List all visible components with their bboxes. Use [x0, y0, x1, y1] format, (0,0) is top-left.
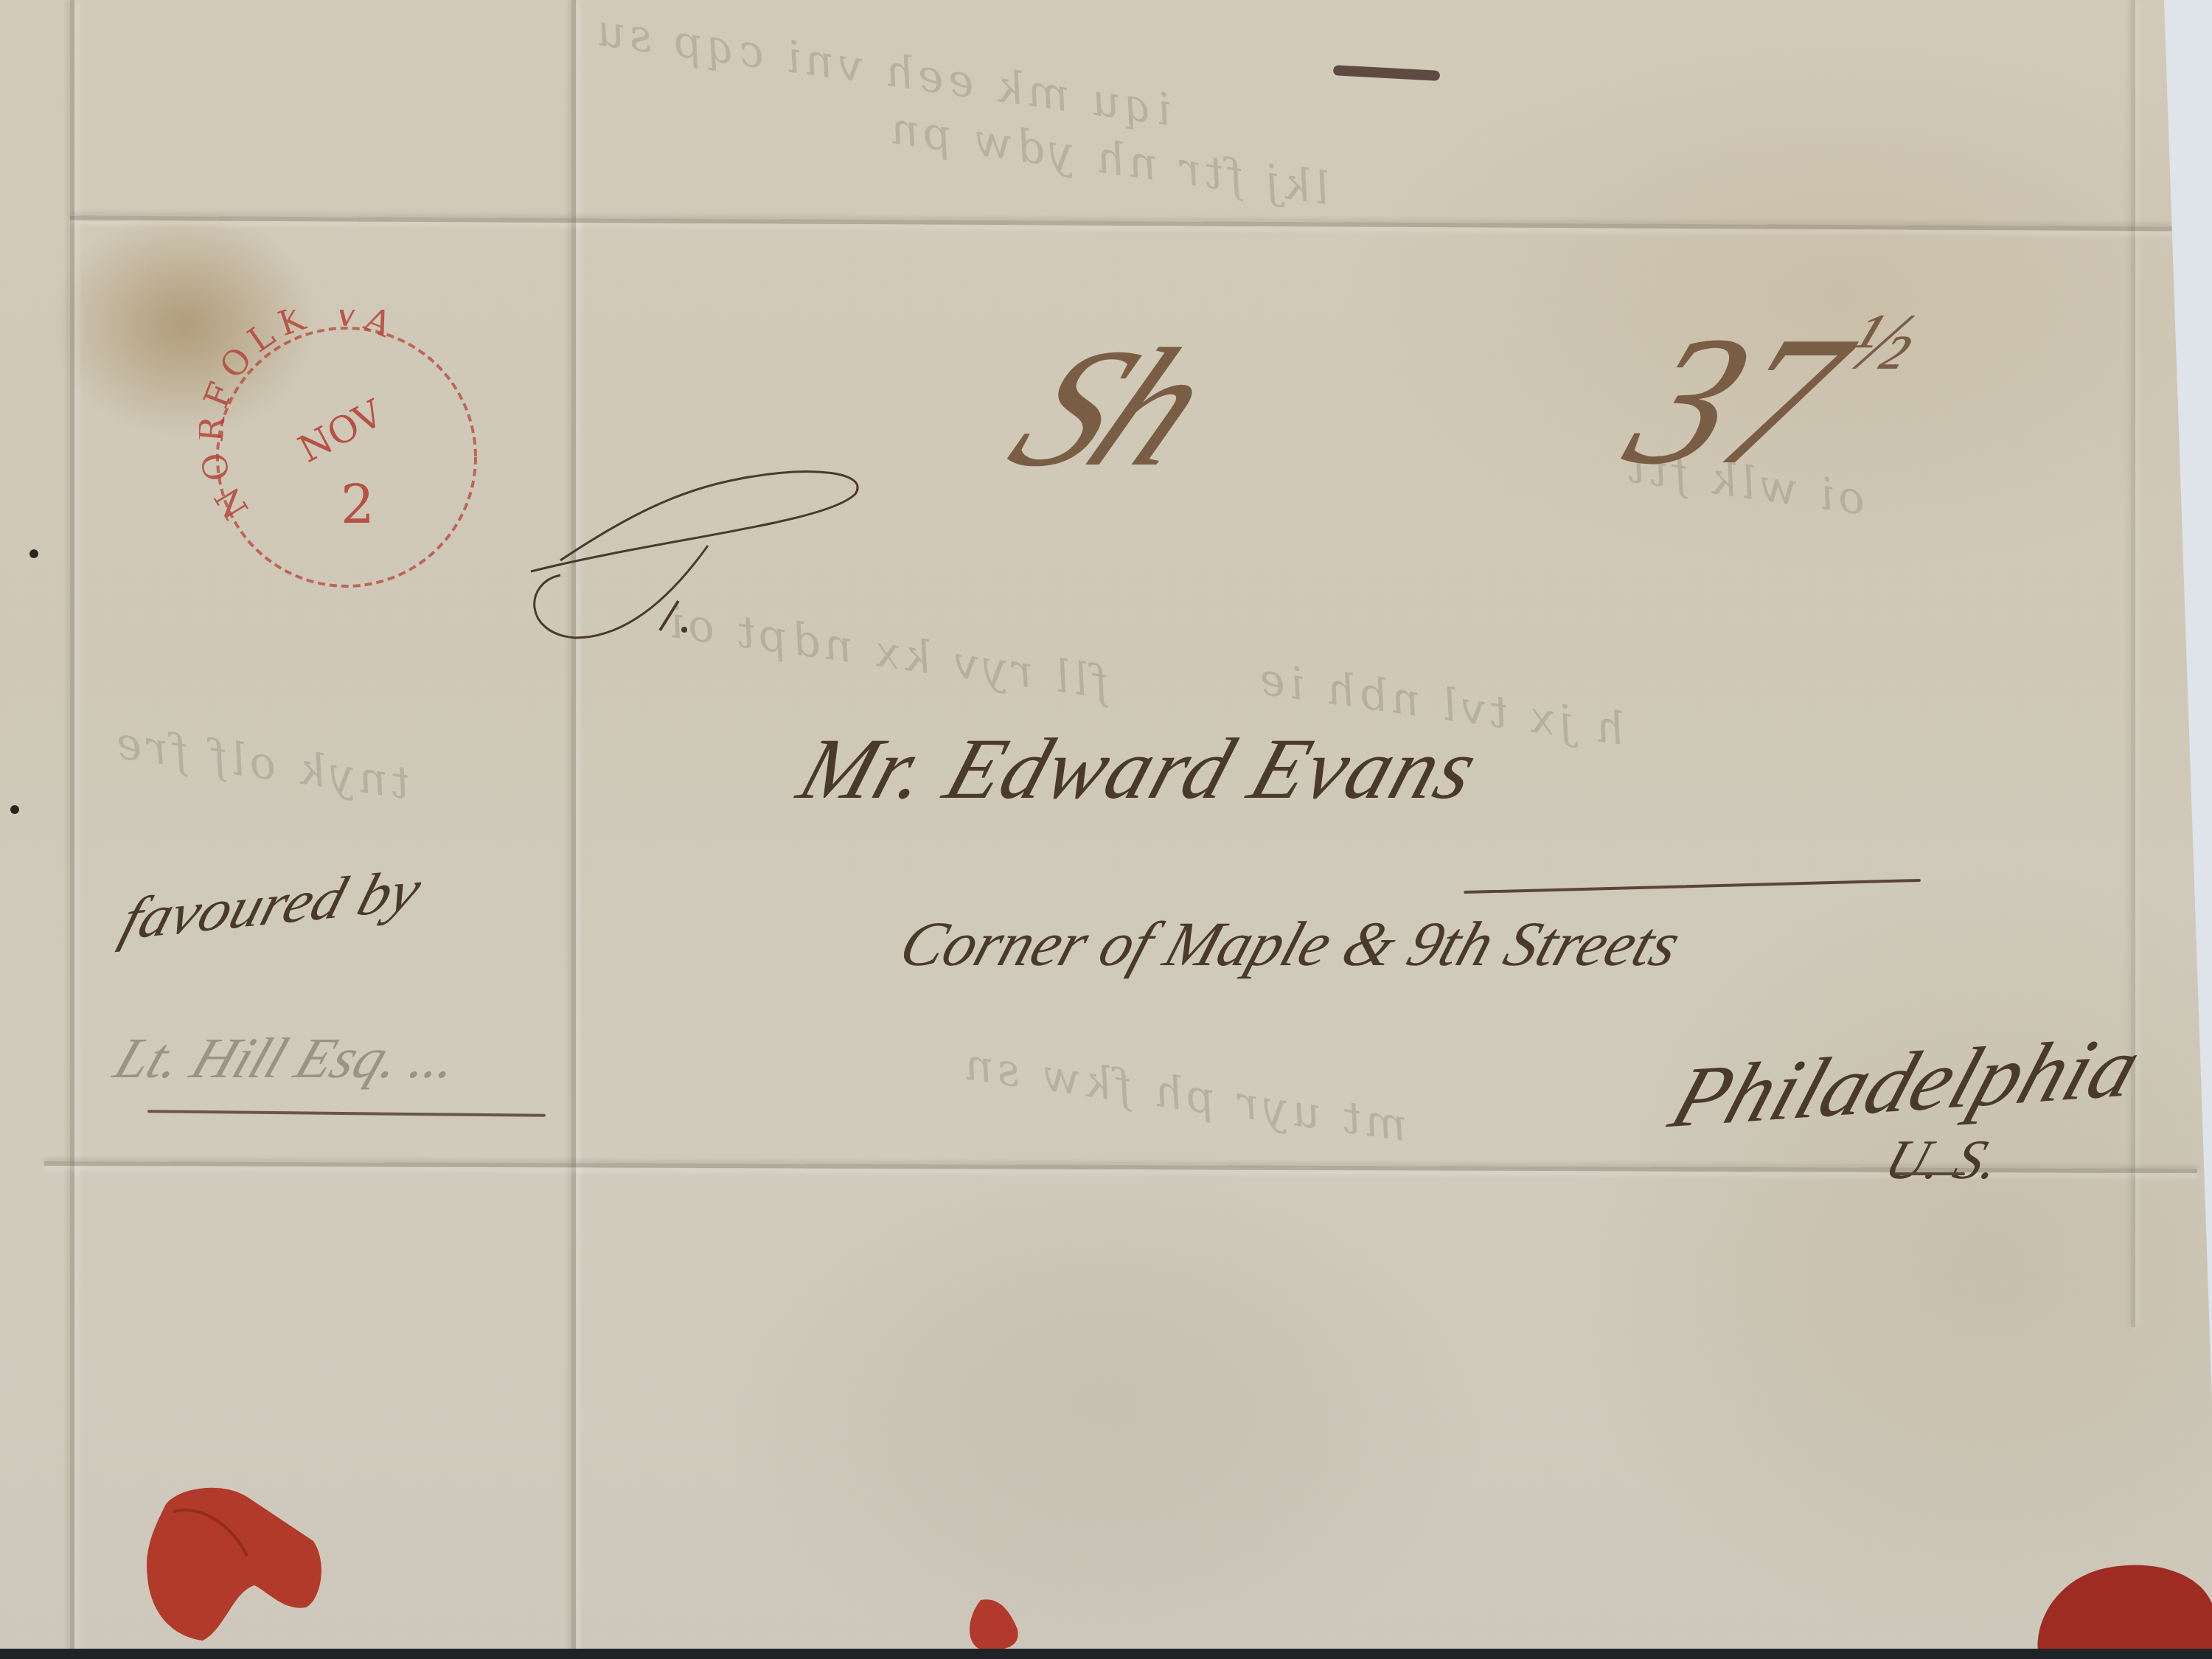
- fold-line-center-left: [571, 0, 576, 1659]
- street-strike-line: [1464, 879, 1921, 894]
- wax-seal-right: [2031, 1559, 2212, 1659]
- wax-seal-bottom-center: [966, 1596, 1025, 1652]
- ink-dot: [10, 805, 19, 814]
- letter-paper: iqu mk eeh vni cqp su lkj ftr nh ydw pn …: [0, 0, 2212, 1659]
- address-street: Corner of Maple & 9th Streets: [891, 907, 1690, 981]
- postmark-month: NOV: [291, 392, 390, 471]
- address-country: U. S.: [1877, 1128, 2008, 1192]
- bleed-through-text: iqu mk eeh vni cqp su: [589, 4, 1175, 136]
- ink-dot: [29, 549, 38, 558]
- background-surface: [0, 1649, 2212, 1659]
- fold-line-right: [2131, 0, 2135, 1327]
- to-flourish-icon: [516, 450, 885, 656]
- postmark-stamp: NORFOLK VA NOV 2: [199, 310, 494, 605]
- endorsement-favoured-by: favoured by: [114, 855, 429, 954]
- fold-line-left: [70, 0, 74, 1659]
- fold-line-top: [70, 215, 2194, 231]
- postmark-day: 2: [341, 474, 375, 536]
- bleed-through-text: tnyk olf fre: [108, 717, 413, 810]
- rate-amount: 37½: [1601, 295, 1933, 507]
- ink-dash-mark: [1333, 65, 1441, 81]
- country-underline: [1895, 1172, 1965, 1175]
- endorsement-carrier: Lt. Hill Esq. ...: [106, 1025, 469, 1091]
- fold-line-bottom: [44, 1161, 2197, 1173]
- bleed-through-text: mt uyr ph fkw sn: [957, 1038, 1411, 1152]
- endorsement-underline: [147, 1110, 546, 1117]
- address-name: Mr. Edward Evans: [787, 719, 1491, 819]
- ship-marking: Sh: [981, 310, 1239, 505]
- wax-seal-left: [144, 1482, 335, 1644]
